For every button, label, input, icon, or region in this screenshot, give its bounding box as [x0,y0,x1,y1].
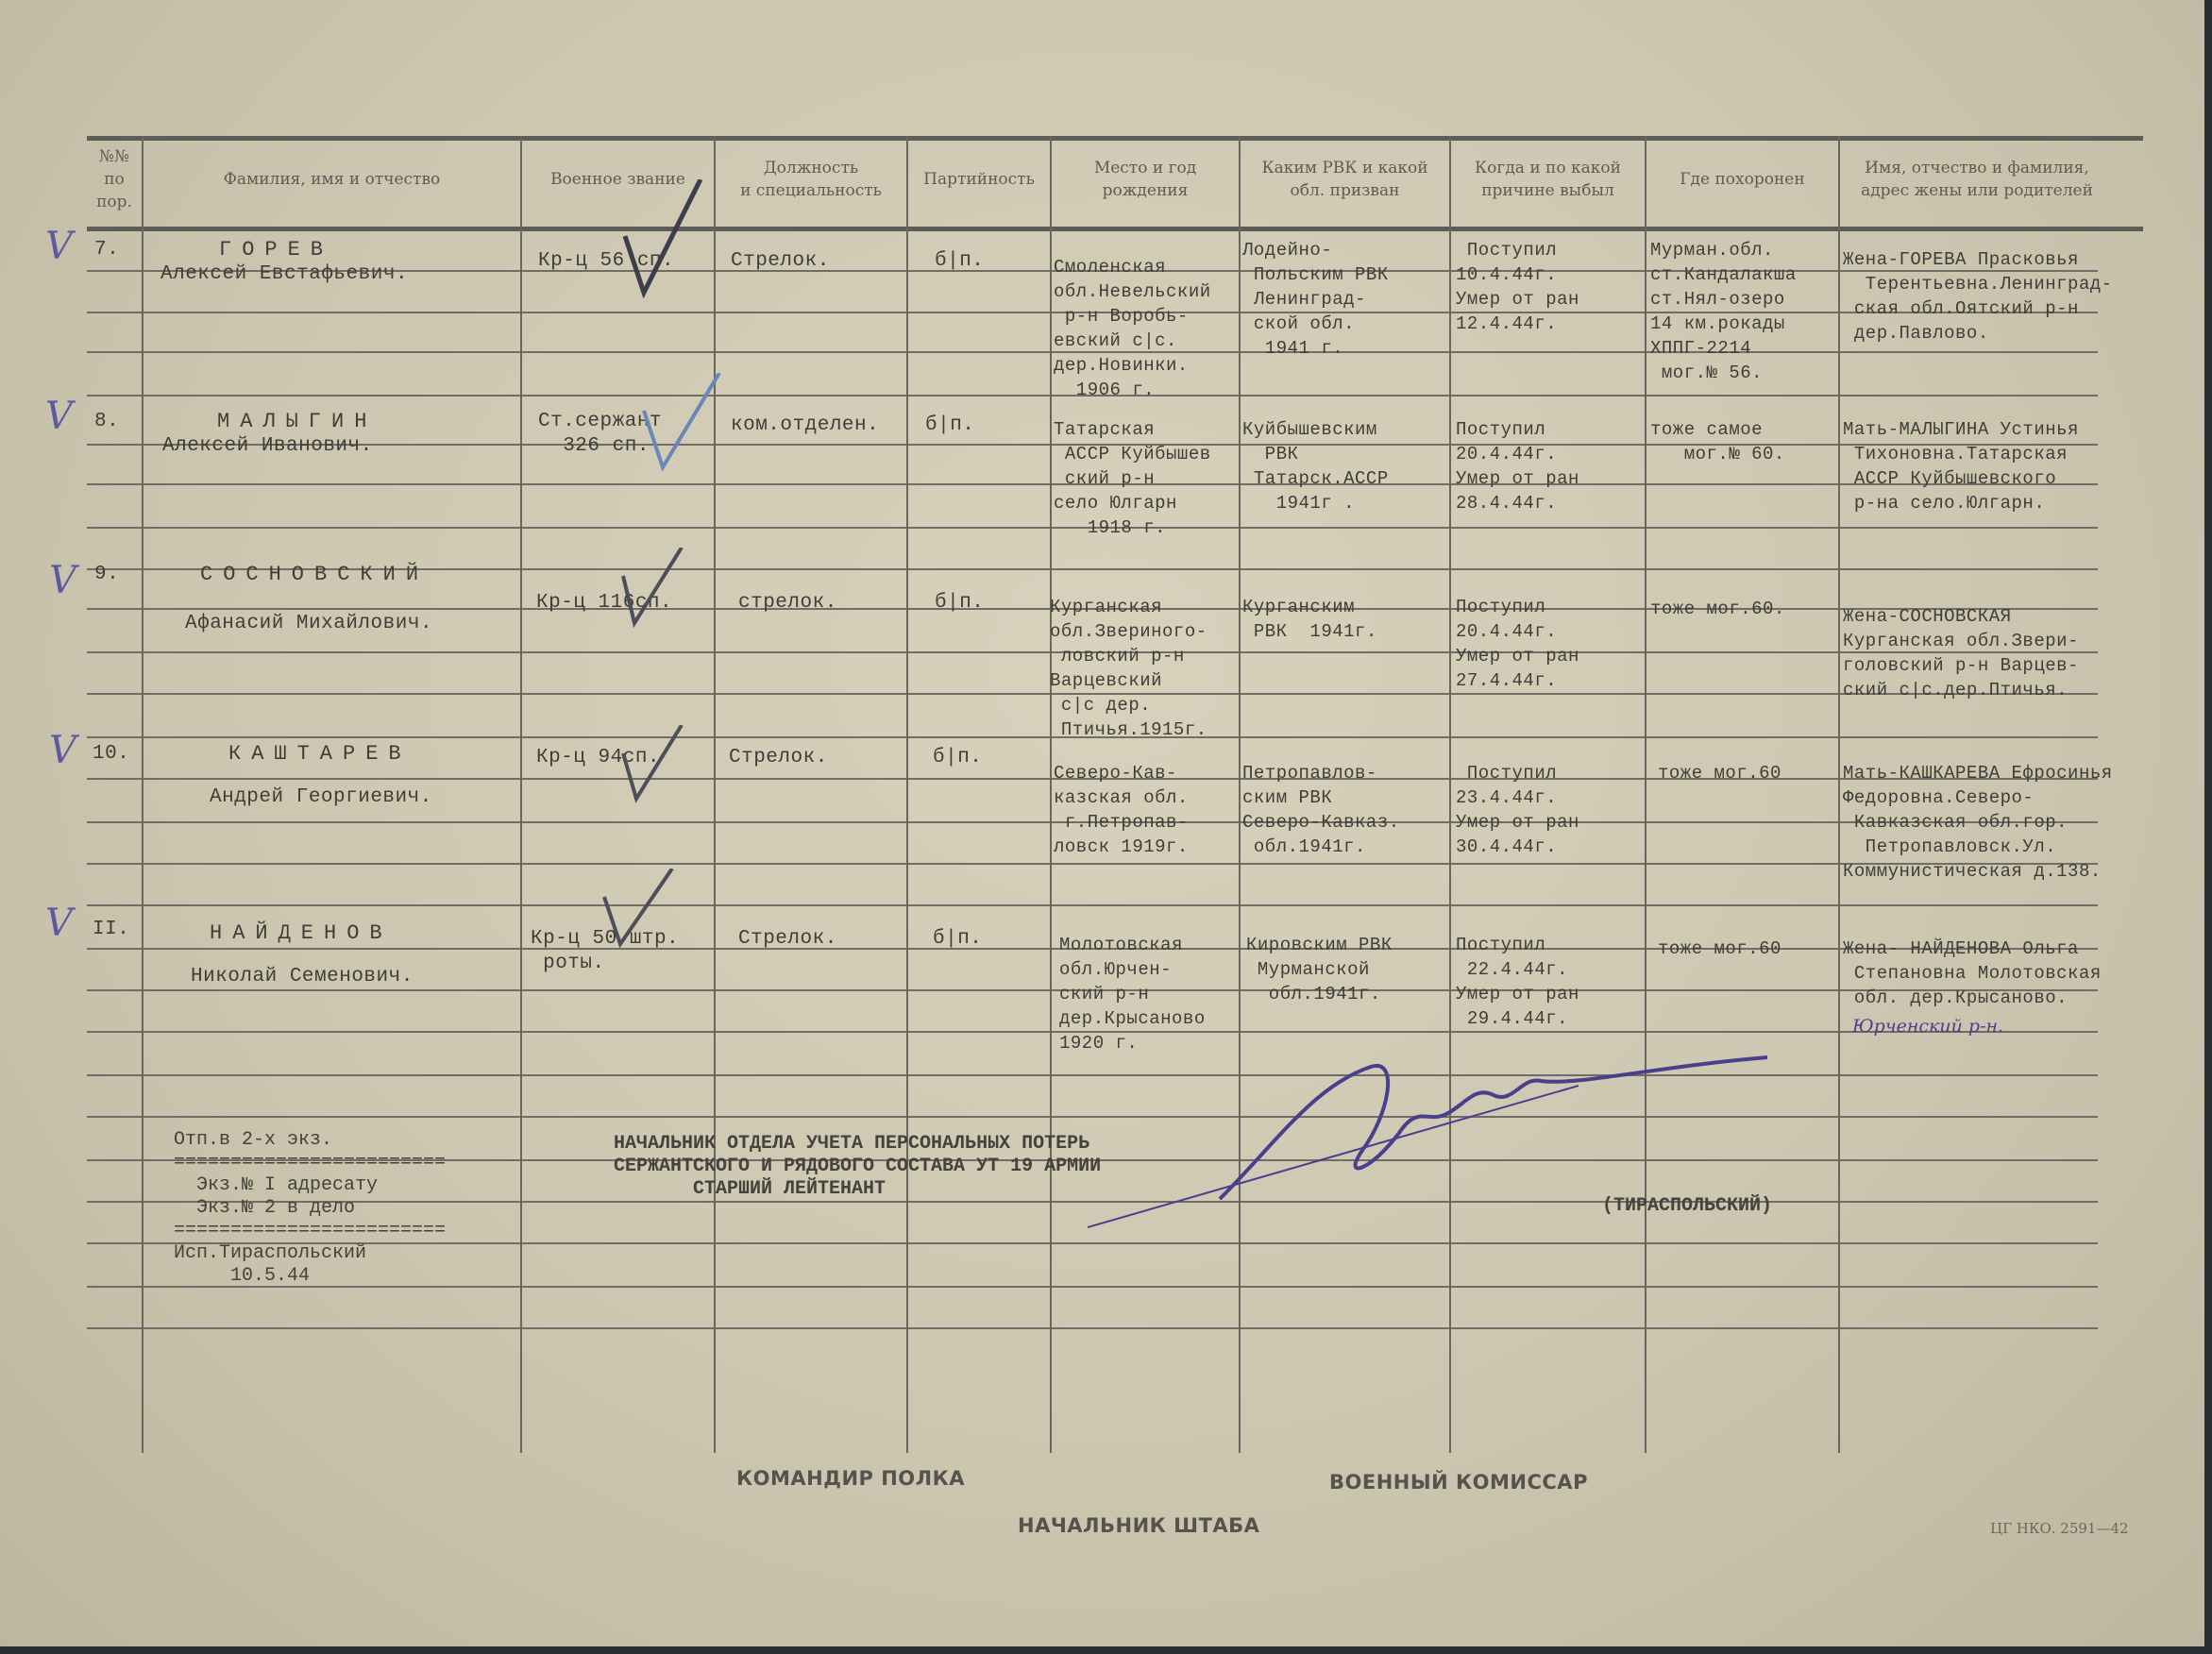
handwritten-note: Юрченский р-н. [1852,1016,2003,1037]
row-rvk: Кировским РВК Мурманской обл.1941г. [1246,933,1393,1006]
row-given-name: Алексей Иванович. [162,434,373,459]
header-num: №№ по пор. [87,132,142,227]
pencil-check-icon [597,869,682,954]
pencil-check-icon [616,725,691,810]
row-when: Поступил 20.4.44г. Умер от ран 27.4.44г. [1456,595,1579,693]
row-position: Стрелок. [738,927,837,952]
margin-check-mark: V [45,225,73,268]
row-number: 7. [94,238,119,262]
document-page: V V V V V [0,0,2212,1654]
row-birth: Смоленская обл.Невельский р-н Воробь- ев… [1054,255,1211,402]
pencil-check-icon [616,179,710,302]
header-name: Фамилия, имя и отчество [144,132,520,227]
pencil-check-icon [634,373,729,477]
row-surname: ГОРЕВ [219,238,333,262]
losses-table: №№ по пор. Фамилия, имя и отчество Военн… [87,132,2145,1449]
row-party: б|п. [935,591,984,616]
row-party: б|п. [933,927,982,952]
row-relatives: Жена-ГОРЕВА Прасковья Терентьевна.Ленинг… [1843,247,2113,346]
row-position: Стрелок. [731,249,830,274]
row-when: Поступил 20.4.44г. Умер от ран 28.4.44г. [1456,417,1579,515]
row-party: б|п. [933,746,982,770]
header-position: Должность и специальность [716,132,906,227]
row-number: 9. [94,563,119,587]
row-party: б|п. [925,413,974,438]
row-relatives: Жена-СОСНОВСКАЯ Курганская обл.Звери- го… [1843,604,2079,702]
signatory-title: НАЧАЛЬНИК ОТДЕЛА УЧЕТА ПЕРСОНАЛЬНЫХ ПОТЕ… [614,1133,1101,1201]
row-given-name: Афанасий Михайлович. [185,612,432,636]
row-surname: СОСНОВСКИЙ [200,563,429,587]
row-when: Поступил 22.4.44г. Умер от ран 29.4.44г. [1456,933,1579,1031]
margin-check-mark: V [49,729,76,772]
row-buried: тоже мог.60. [1650,597,1785,621]
row-number: 8. [94,410,119,434]
row-surname: НАЙДЕНОВ [210,921,393,946]
row-party: б|п. [935,249,984,274]
row-birth: Северо-Кав- казская обл. г.Петропав- лов… [1054,761,1189,859]
row-rvk: Лодейно- Польским РВК Ленинград- ской об… [1242,238,1389,361]
row-rvk: Курганским РВК 1941г. [1242,595,1377,644]
row-birth: Курганская обл.Звериного- ловский р-н Ва… [1050,595,1207,742]
header-birth: Место и год рождения [1052,132,1239,227]
row-position: стрелок. [738,591,837,616]
signature-scrawl [1088,1029,1805,1237]
row-position: Стрелок. [729,746,828,770]
row-surname: КАШТАРЕВ [228,742,412,767]
row-given-name: Николай Семенович. [191,965,414,989]
row-rvk: Куйбышевским РВК Татарск.АССР 1941г . [1242,417,1389,515]
commander-label: КОМАНДИР ПОЛКА [736,1467,965,1490]
row-when: Поступил 10.4.44г. Умер от ран 12.4.44г. [1456,238,1579,336]
row-relatives: Мать-КАШКАРЕВА Ефросинья Федоровна.Север… [1843,761,2113,884]
row-birth: Татарская АССР Куйбышев ский р-н село Юл… [1054,417,1211,540]
row-number: II. [93,918,129,942]
row-given-name: Андрей Георгиевич. [210,785,432,810]
row-relatives: Мать-МАЛЫГИНА Устинья Тихоновна.Татарска… [1843,417,2079,515]
header-rvk: Каким РВК и какой обл. призван [1241,132,1449,227]
row-buried: тоже мог.60 [1658,937,1781,961]
pencil-check-icon [616,548,691,633]
margin-check-mark: V [49,559,76,602]
header-when: Когда и по какой причине выбыл [1451,132,1645,227]
row-number: 10. [93,742,129,767]
row-rvk: Петропавлов- ским РВК Северо-Кавказ. обл… [1242,761,1400,859]
row-relatives: Жена- НАЙДЕНОВА Ольга Степановна Молотов… [1843,937,2102,1010]
chief-of-staff-label: НАЧАЛЬНИК ШТАБА [1018,1514,1259,1537]
row-buried: тоже мог.60 [1658,761,1781,785]
form-code: ЦГ НКО. 2591—42 [1990,1520,2129,1537]
header-relatives: Имя, отчество и фамилия, адрес жены или … [1840,132,2114,227]
row-surname: МАЛЫГИН [217,410,377,434]
row-buried: Мурман.обл. ст.Кандалакша ст.Нял-озеро 1… [1650,238,1797,385]
row-given-name: Алексей Евстафьевич. [160,262,408,287]
margin-check-mark: V [45,395,73,438]
commissar-label: ВОЕННЫЙ КОМИССАР [1329,1471,1588,1494]
page-edge [2204,0,2212,1654]
page-edge [0,1646,2212,1654]
header-party: Партийность [908,132,1050,227]
row-position: ком.отделен. [731,413,879,438]
distribution-note: Отп.в 2-х экз. ======================== … [174,1129,446,1288]
header-buried: Где похоронен [1646,132,1838,227]
row-when: Поступил 23.4.44г. Умер от ран 30.4.44г. [1456,761,1579,859]
row-buried: тоже самое мог.№ 60. [1650,417,1785,466]
margin-check-mark: V [45,902,73,945]
